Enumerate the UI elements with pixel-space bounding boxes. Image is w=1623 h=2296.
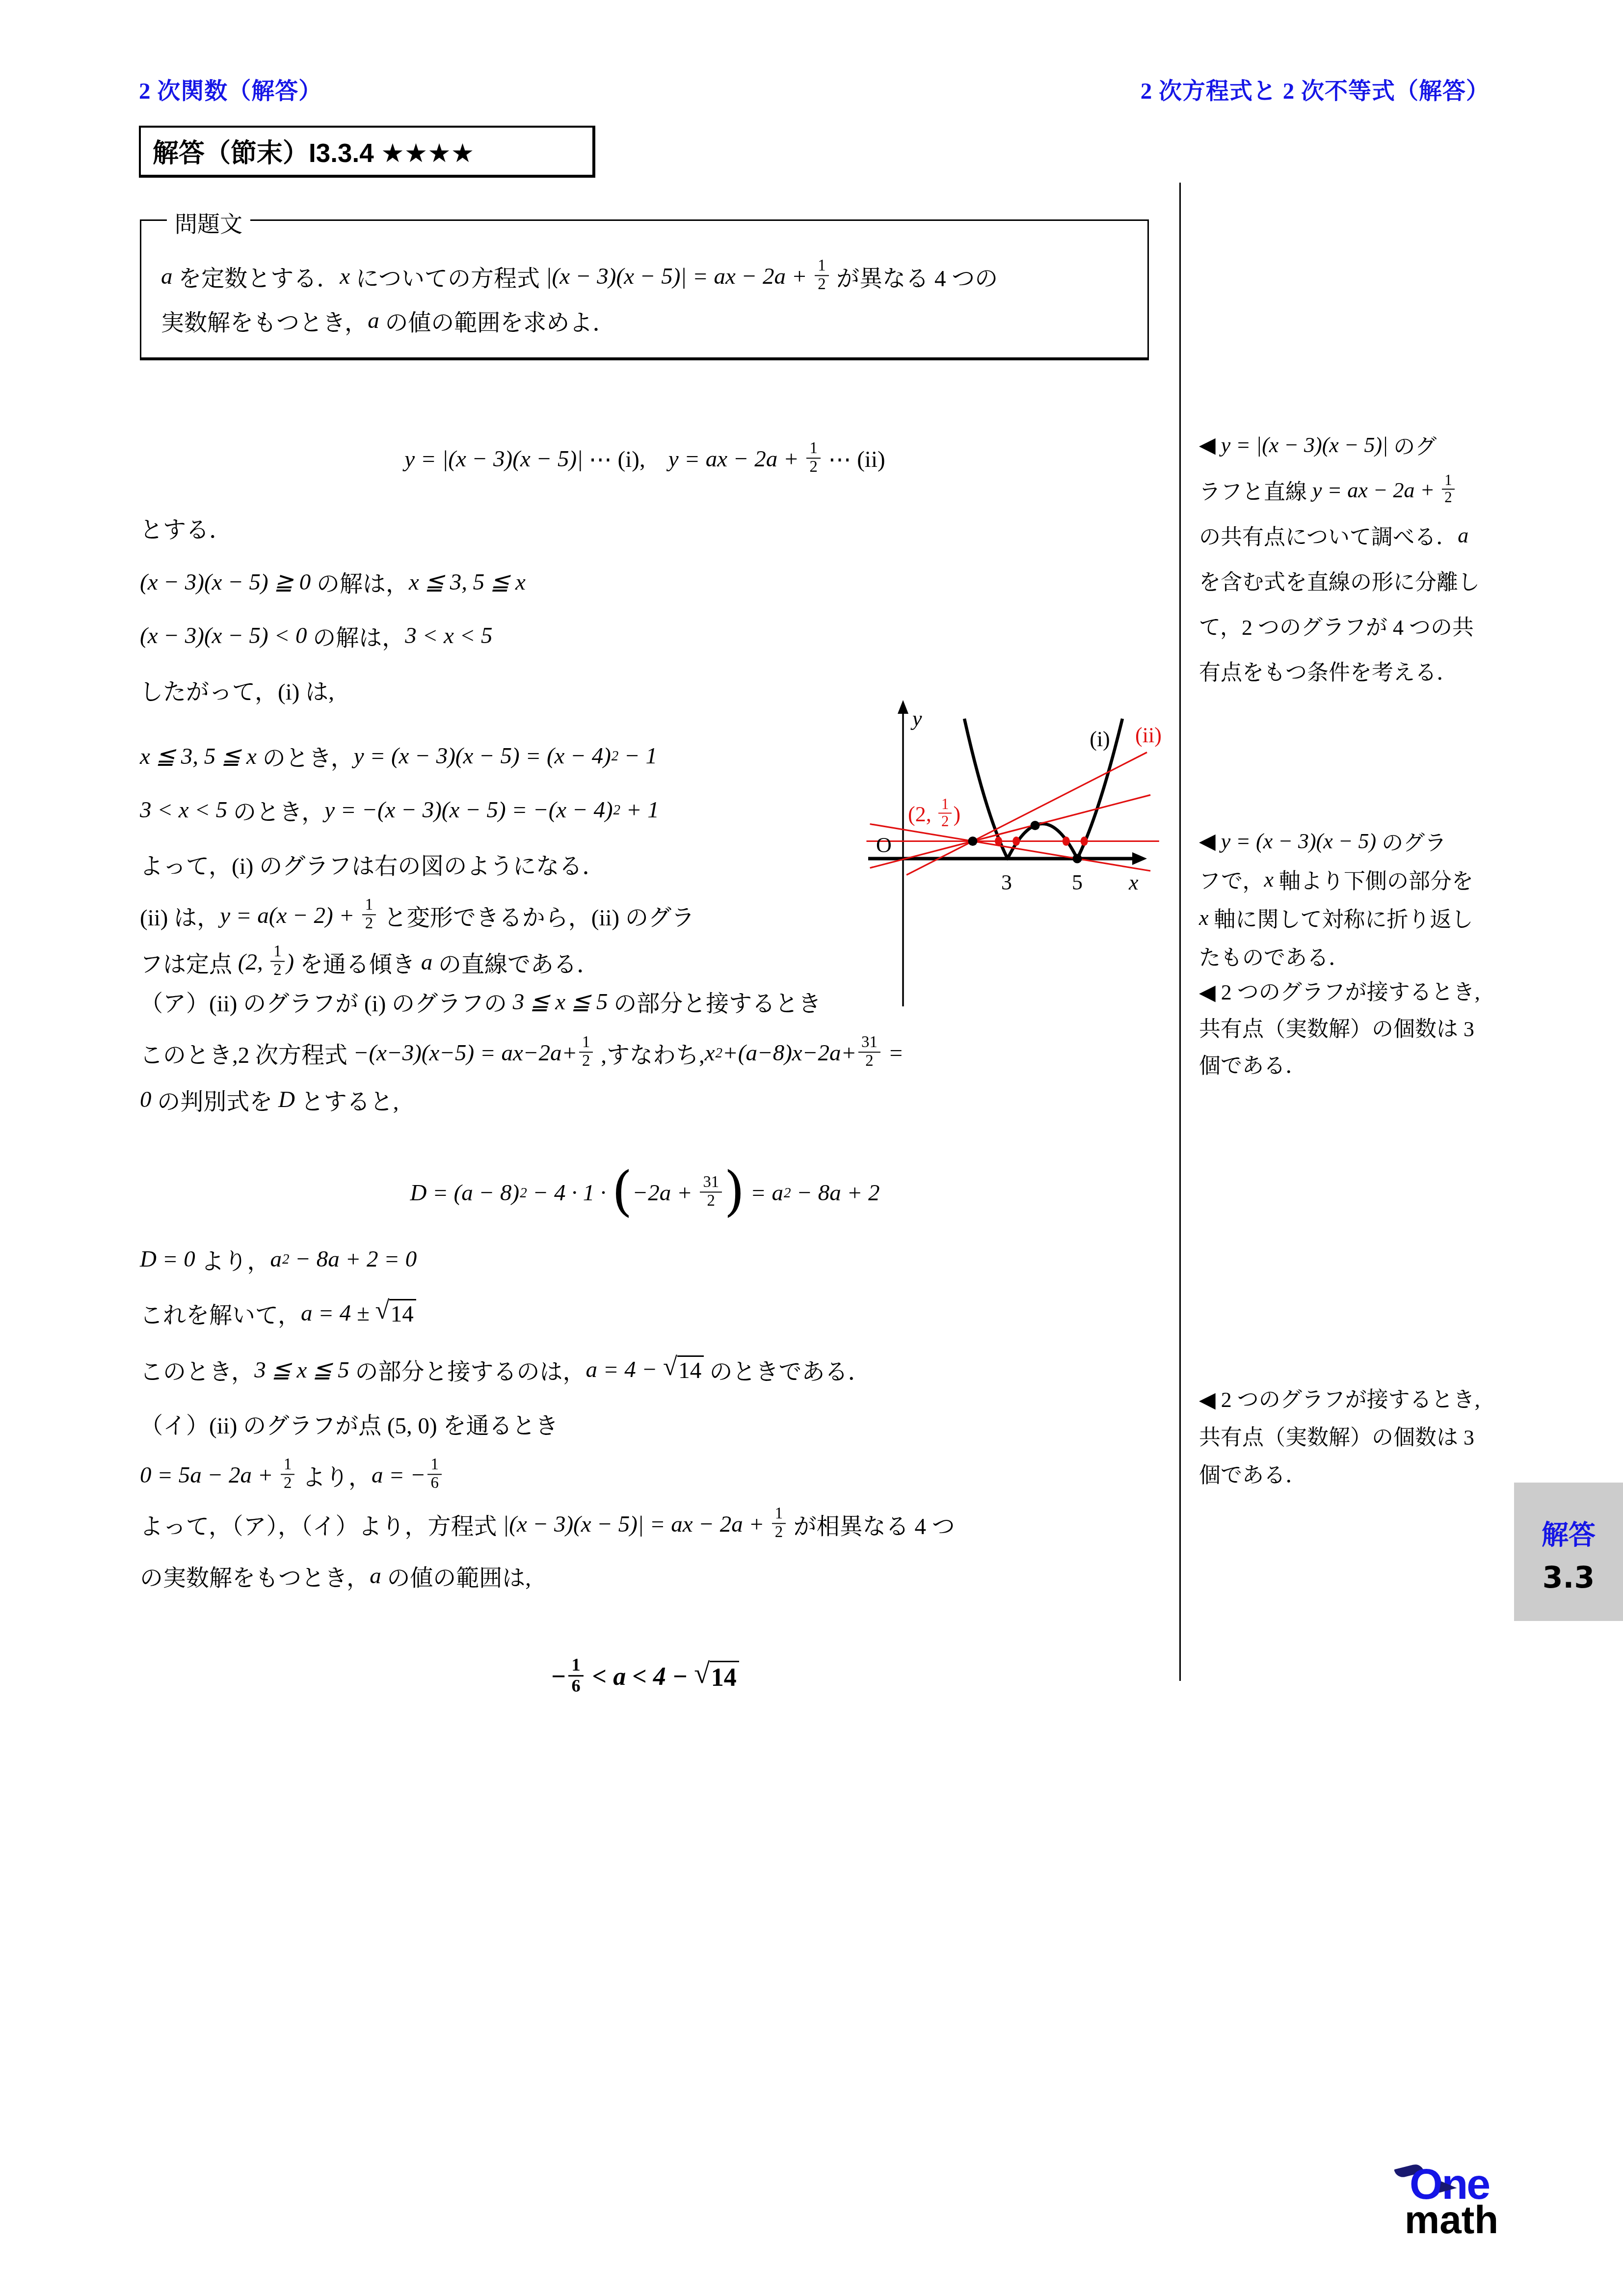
- y-axis-arrow: [898, 700, 908, 714]
- graph-svg: y x O 3 5 (i) (ii): [861, 687, 1178, 1031]
- solution-line: これを解いて，a = 4 ± √14: [140, 1286, 1150, 1340]
- x-tick-5: 5: [1072, 870, 1083, 894]
- x-axis-label: x: [1128, 870, 1139, 894]
- solution-line: よって，（ア），（イ）より，方程式 |(x − 3)(x − 5)| = ax …: [140, 1497, 1150, 1551]
- fixed-point-label: (2, 12): [908, 796, 982, 832]
- margin-note-line: 個である．: [1199, 1041, 1498, 1086]
- equation-definitions: y = |(x − 3)(x − 5)| ⋯ (i), y = ax − 2a …: [140, 432, 1150, 486]
- margin-note-line: を含む式を直線の形に分離し: [1199, 558, 1498, 603]
- logo-math-text: math: [1405, 2197, 1498, 2242]
- margin-note-line: 個である．: [1199, 1451, 1498, 1496]
- section-tab-word: 解答: [1514, 1513, 1623, 1552]
- intersection-dot: [1012, 837, 1020, 846]
- key-point-dot: [1031, 821, 1040, 830]
- origin-label: O: [876, 833, 892, 857]
- onemath-logo: One math: [1402, 2159, 1529, 2233]
- intersection-dot: [995, 837, 1002, 846]
- key-point-dot: [1073, 854, 1082, 864]
- margin-note-line: ラフと直線 y = ax − 2a + 12: [1199, 467, 1498, 513]
- y-axis-label: y: [910, 706, 922, 730]
- solution-line: の実数解をもつとき，a の値の範囲は,: [140, 1549, 1150, 1603]
- case-i-header: （イ）(ii) のグラフが点 (5, 0) を通るとき: [140, 1397, 1150, 1451]
- section-tab-number: 3.3: [1514, 1561, 1623, 1595]
- margin-note-line: ◀ y = |(x − 3)(x − 5)| のグ: [1199, 422, 1498, 467]
- intersection-dot: [1063, 837, 1070, 846]
- margin-note-line: て，2 つのグラフが 4 つの共: [1199, 603, 1498, 648]
- intersection-dot: [1081, 837, 1088, 846]
- math-solution-page: { "colors": { "blue": "#1515e6", "red": …: [0, 0, 1623, 2296]
- column-divider: [1179, 183, 1181, 1681]
- header-right-title: 2 次方程式と 2 次不等式（解答）: [1141, 73, 1490, 106]
- section-tab: 解答 3.3: [1514, 1483, 1623, 1621]
- x-axis-arrow: [1132, 852, 1147, 865]
- discriminant-equation: D = (a − 8)2 − 4 · 1 · (−2a + 312) = a2 …: [140, 1166, 1150, 1220]
- key-point-dot: [968, 837, 978, 846]
- solution-column: y = |(x − 3)(x − 5)| ⋯ (i), y = ax − 2a …: [140, 0, 1150, 2296]
- solution-line: このとき,2 次方程式 −(x−3)(x−5) = ax−2a+12 ,すなわち…: [140, 1026, 1150, 1080]
- graph-figure: y x O 3 5 (i) (ii) (2, 12): [861, 687, 1178, 1031]
- solution-line: D = 0 より，a2 − 8a + 2 = 0: [140, 1232, 1150, 1286]
- margin-note-line: の共有点について調べる．a: [1199, 513, 1498, 558]
- final-answer: −16 < a < 4 − √14: [140, 1649, 1150, 1703]
- solution-line: 0 = 5a − 2a + 12 より，a = −16: [140, 1448, 1150, 1502]
- x-tick-3: 3: [1001, 870, 1012, 894]
- curve-label-i: (i): [1090, 727, 1110, 751]
- solution-line: (x − 3)(x − 5) ≧ 0 の解は，x ≦ 3, 5 ≦ x: [140, 555, 1150, 609]
- margin-note-line: 有点をもつ条件を考える．: [1199, 648, 1498, 693]
- solution-line: とする．: [140, 501, 1150, 555]
- solution-line: (x − 3)(x − 5) < 0 の解は，3 < x < 5: [140, 609, 1150, 663]
- line-label-ii: (ii): [1135, 723, 1162, 747]
- solution-line: 0 の判別式を D とすると,: [140, 1073, 1150, 1127]
- solution-line: このとき，3 ≦ x ≦ 5 の部分と接するのは，a = 4 − √14 のとき…: [140, 1343, 1150, 1397]
